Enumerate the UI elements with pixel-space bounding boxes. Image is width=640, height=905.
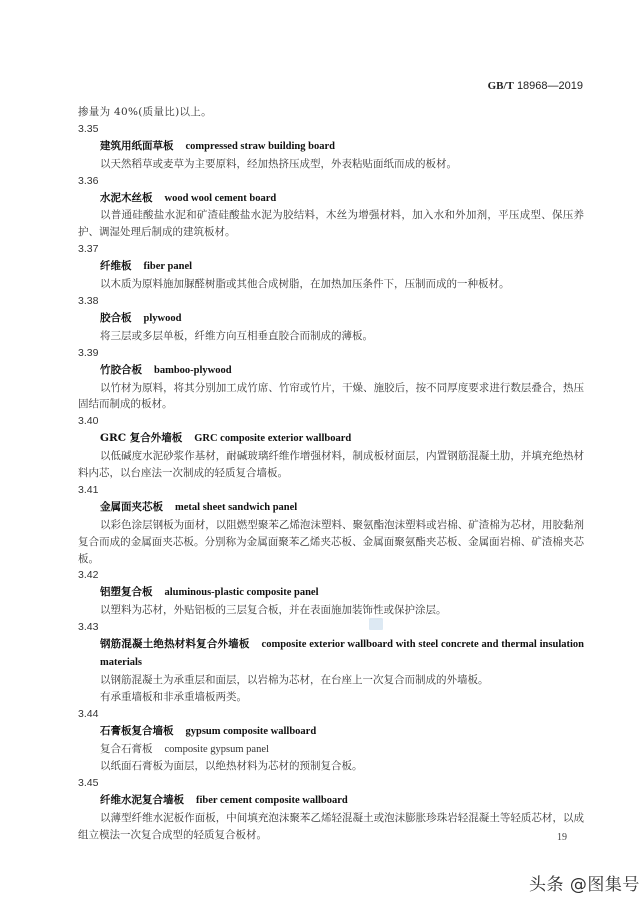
entry-definition: 以木质为原料施加脲醛树脂或其他合成树脂，在加热加压条件下，压制而成的一种板材。 <box>78 276 584 293</box>
entry-term: 金属面夹芯板metal sheet sandwich panel <box>78 499 584 517</box>
term-en: aluminous-plastic composite panel <box>165 587 319 598</box>
center-watermark-icon <box>369 618 383 630</box>
term-en: bamboo-plywood <box>154 365 232 376</box>
entry-term: 纤维板fiber panel <box>78 258 584 276</box>
term-en: fiber cement composite wallboard <box>196 795 348 806</box>
term-zh: 石膏板复合墙板 <box>100 725 174 737</box>
term-en: plywood <box>144 313 182 324</box>
entry-definition: 以低碱度水泥砂浆作基材，耐碱玻璃纤维作增强材料，制成板材面层，内置钢筋混凝土肋，… <box>78 448 584 482</box>
term-zh: 纤维板 <box>100 260 132 272</box>
entry-number: 3.43 <box>78 619 584 636</box>
intro-line: 掺量为 40%(质量比)以上。 <box>78 104 584 121</box>
term-zh: 竹胶合板 <box>100 364 142 376</box>
entry-number: 3.35 <box>78 121 584 138</box>
entry-note: 有承重墙板和非承重墙板两类。 <box>78 689 584 706</box>
synonym-en: composite gypsum panel <box>165 744 269 755</box>
term-en: GRC composite exterior wallboard <box>194 433 351 444</box>
term-zh: 铝塑复合板 <box>100 586 153 598</box>
entry-term: 胶合板plywood <box>78 310 584 328</box>
entry-definition: 将三层或多层单板，纤维方向互相垂直胶合而制成的薄板。 <box>78 328 584 345</box>
source-watermark: 头条 @图集号 <box>529 870 640 895</box>
entry-definition: 以纸面石膏板为面层，以绝热材料为芯材的预制复合板。 <box>78 758 584 775</box>
entry-definition: 以彩色涂层钢板为面材，以阻燃型聚苯乙烯泡沫塑料、聚氨酯泡沫塑料或岩棉、矿渣棉为芯… <box>78 517 584 568</box>
term-zh: GRC 复合外墙板 <box>100 432 182 444</box>
entry-definition: 以薄型纤维水泥板作面板，中间填充泡沫聚苯乙烯轻混凝土或泡沫膨胀珍珠岩轻混凝土等轻… <box>78 810 584 844</box>
standard-prefix: GB/T <box>488 80 514 92</box>
term-en: metal sheet sandwich panel <box>175 502 297 513</box>
term-zh: 纤维水泥复合墙板 <box>100 794 184 806</box>
entry-term: 竹胶合板bamboo-plywood <box>78 362 584 380</box>
entry-term: 石膏板复合墙板gypsum composite wallboard <box>78 723 584 741</box>
entry-term: 钢筋混凝土绝热材料复合外墙板composite exterior wallboa… <box>78 636 584 672</box>
entry-term: 建筑用纸面草板compressed straw building board <box>78 138 584 156</box>
entry-term: 水泥木丝板wood wool cement board <box>78 190 584 208</box>
synonym-zh: 复合石膏板 <box>100 743 153 755</box>
term-zh: 钢筋混凝土绝热材料复合外墙板 <box>100 638 250 650</box>
entry-term: 铝塑复合板aluminous-plastic composite panel <box>78 584 584 602</box>
entry-number: 3.40 <box>78 413 584 430</box>
entry-number: 3.36 <box>78 173 584 190</box>
entry-number: 3.44 <box>78 706 584 723</box>
entry-number: 3.38 <box>78 293 584 310</box>
term-zh: 水泥木丝板 <box>100 192 153 204</box>
term-en: wood wool cement board <box>165 193 277 204</box>
standard-number: 18968—2019 <box>517 80 583 92</box>
entry-term: 纤维水泥复合墙板fiber cement composite wallboard <box>78 792 584 810</box>
term-en: fiber panel <box>144 261 193 272</box>
entry-definition: 以天然稻草或麦草为主要原料，经加热挤压成型，外表粘贴面纸而成的板材。 <box>78 156 584 173</box>
term-zh: 胶合板 <box>100 312 132 324</box>
term-en: gypsum composite wallboard <box>186 726 317 737</box>
entry-definition: 以竹材为原料，将其分别加工成竹席、竹帘或竹片，干燥、施胶后，按不同厚度要求进行数… <box>78 380 584 414</box>
term-en: compressed straw building board <box>186 141 335 152</box>
entry-number: 3.45 <box>78 775 584 792</box>
entry-number: 3.37 <box>78 241 584 258</box>
term-zh: 金属面夹芯板 <box>100 501 163 513</box>
entry-definition: 以钢筋混凝土为承重层和面层，以岩棉为芯材，在台座上一次复合而制成的外墙板。 <box>78 672 584 689</box>
entry-number: 3.41 <box>78 482 584 499</box>
page-header: GB/T 18968—2019 <box>0 80 583 92</box>
entry-definition: 以普通硅酸盐水泥和矿渣硅酸盐水泥为胶结料，木丝为增强材料，加入水和外加剂，平压成… <box>78 207 584 241</box>
entry-term: GRC 复合外墙板GRC composite exterior wallboar… <box>78 430 584 448</box>
entry-synonym: 复合石膏板composite gypsum panel <box>78 741 584 759</box>
document-body: 掺量为 40%(质量比)以上。 3.35 建筑用纸面草板compressed s… <box>78 104 584 844</box>
entry-definition: 以塑料为芯材，外贴铝板的三层复合板，并在表面施加装饰性或保护涂层。 <box>78 602 584 619</box>
entry-number: 3.39 <box>78 345 584 362</box>
page-number: 19 <box>557 832 567 843</box>
term-zh: 建筑用纸面草板 <box>100 140 174 152</box>
entry-number: 3.42 <box>78 567 584 584</box>
